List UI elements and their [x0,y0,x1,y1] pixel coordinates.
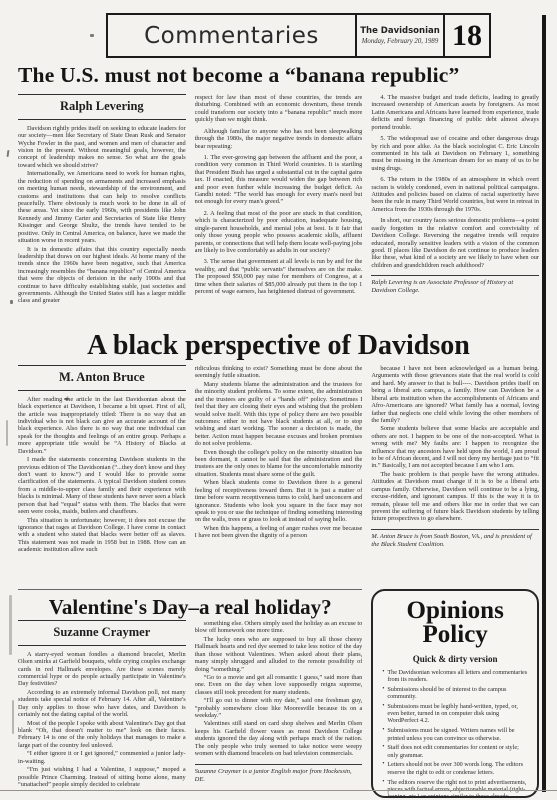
opinions-item: Submissions must be signed. Writers name… [382,727,528,742]
article3-section: Valentine's Day–a real holiday? Opinions… [18,589,539,800]
opinions-item: Staff does not edit commentaries for con… [382,744,528,759]
opinions-cell: Opinions Policy Quick & dirty version Th… [371,589,539,800]
paragraph: “I'm just wishing I had a Valentine, I s… [18,766,186,788]
paragraph: 4. The massive budget and trade deficits… [371,94,539,131]
article1-headline: The U.S. must not become a “banana repub… [18,63,539,88]
opinions-item: Submissions must be legibly hand-written… [382,703,528,725]
paragraph: Some students believe that some blacks a… [371,425,539,470]
paragraph: Valentines still stand on card shop shel… [195,720,363,757]
paragraph: Davidson rightly prides itself on seekin… [18,125,186,170]
page-number: 18 [445,13,491,58]
article1-column-2: respect for law than most of these count… [195,94,363,326]
page-bottom-rule [0,790,557,791]
paragraph: 6. The return in the 1980s of an atmosph… [371,176,539,213]
paragraph: “I either ignore it or I get ignored,” c… [18,750,186,765]
paragraph: Even though the college's policy on the … [195,449,363,479]
section-title-box: Commentaries [106,13,357,58]
opinions-item: Submissions should be of interest to the… [382,686,528,701]
paper-name: The Davidsonian [360,26,440,36]
opinions-title-line2: Policy [382,623,528,647]
article2-author-note: M. Anton Bruce is from South Boston, VA.… [371,529,539,549]
opinions-subtitle: Quick & dirty version [382,654,528,664]
paragraph: When this happens, a feeling of anger ru… [195,525,363,540]
opinions-item-list: The Davidsonian welcomes all letters and… [382,669,528,799]
article2-col1-text: After reading the article in the last Da… [18,396,186,554]
page-content: Commentaries The Davidsonian Monday, Feb… [18,13,539,800]
article3-headline: Valentine's Day–a real holiday? [18,589,362,620]
article2-col3-text: because I have not been acknowledged as … [371,365,539,523]
article3-byline: Suzanne Craymer [18,620,186,646]
opinions-policy-box: Opinions Policy Quick & dirty version Th… [371,589,539,798]
article1: Ralph Levering Davidson rightly prides i… [18,94,539,326]
scan-artifact [10,300,13,304]
article1-byline: Ralph Levering [18,94,186,120]
article3-column-2: something else. Others simply used the h… [195,620,363,800]
paragraph: 3. The sense that government at all leve… [195,258,363,295]
article2-column-2: ridiculous thinking to exist? Something … [195,365,363,589]
article2-column-1: M. Anton Bruce After reading the article… [18,365,186,589]
paper-info-box: The Davidsonian Monday, February 20, 198… [357,13,445,58]
scan-artifact [12,700,14,734]
article2-column-3: because I have not been acknowledged as … [371,365,539,589]
paragraph: In short, our country faces serious dome… [371,217,539,269]
article1-col1-text: Davidson rightly prides itself on seekin… [18,125,186,305]
paragraph: Many students blame the administration a… [195,381,363,448]
paragraph: Internationally, we Americans need to wo… [18,170,186,244]
paragraph: “Go to a movie and get all romantic I gu… [195,674,363,696]
article1-author-note: Ralph Levering is an Associate Professor… [371,275,539,295]
opinions-title-line1: Opinions [382,599,528,623]
article2: M. Anton Bruce After reading the article… [18,365,539,589]
paragraph: ridiculous thinking to exist? Something … [195,365,363,380]
article3-col1-text: A starry-eyed woman fondles a diamond br… [18,651,186,789]
paragraph: Most of the people I spoke with about Va… [18,720,186,750]
paragraph: Although familiar to anyone who has not … [195,128,363,150]
scan-artifact [9,595,12,655]
paper-date: Monday, February 20, 1989 [362,38,438,45]
opinions-item: The Davidsonian welcomes all letters and… [382,669,528,684]
scan-artifact [7,150,10,157]
paragraph: because I have not been acknowledged as … [371,365,539,424]
opinions-item: Letters should not be over 300 words lon… [382,761,528,776]
article1-column-3: 4. The massive budget and trade deficits… [371,94,539,326]
paragraph: “I'll go out to dinner with my date,” sa… [195,697,363,719]
paragraph: I made the statements concerning Davidso… [18,456,186,515]
paragraph: 1. The ever-growing gap between the affl… [195,154,363,206]
article3-author-note: Suzanne Craymer is a junior English majo… [195,764,363,784]
opinions-title: Opinions Policy [382,599,528,647]
paragraph: respect for law than most of these count… [195,94,363,124]
paragraph: According to an extremely informal David… [18,689,186,719]
paragraph: When black students come to Davidson the… [195,479,363,524]
paragraph: The lucky ones who are supposed to buy a… [195,636,363,673]
scan-edge-line [542,15,546,792]
section-title: Commentaries [144,23,319,49]
scan-artifact [64,398,69,400]
article2-byline: M. Anton Bruce [18,365,186,391]
paragraph: 5. The widespread use of cocaine and oth… [371,135,539,172]
scan-artifact [6,420,8,446]
article1-column-1: Ralph Levering Davidson rightly prides i… [18,94,186,326]
newspaper-page: Commentaries The Davidsonian Monday, Feb… [0,0,557,800]
article1-col3-text: 4. The massive budget and trade deficits… [371,94,539,269]
paragraph: A starry-eyed woman fondles a diamond br… [18,651,186,688]
page-header: Commentaries The Davidsonian Monday, Feb… [106,13,539,58]
article3-col2-text: something else. Others simply used the h… [195,620,363,758]
opinions-item: The editors reserve the right not to pri… [382,779,528,798]
paragraph: 2. A feeling that most of the poor are s… [195,210,363,255]
paragraph: The basic problem is that people have th… [371,471,539,523]
article3-column-1: Suzanne Craymer A starry-eyed woman fond… [18,620,186,800]
paragraph: something else. Others simply used the h… [195,620,363,635]
paragraph: This situation is unfortunate; however, … [18,517,186,554]
scan-artifact [90,34,94,37]
article2-headline: A black perspective of Davidson [18,330,539,362]
paragraph: After reading the article in the last Da… [18,396,186,455]
paragraph: It is in domestic affairs that this coun… [18,246,186,305]
